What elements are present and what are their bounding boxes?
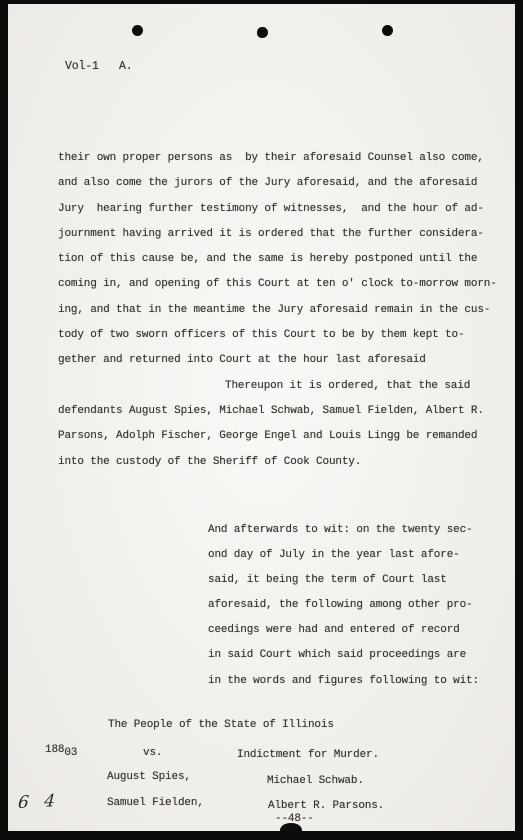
typed-line: And afterwards to wit: on the twenty sec…	[208, 518, 508, 543]
typed-line: their own proper persons as by their afo…	[58, 146, 508, 171]
typed-line: into the custody of the Sheriff of Cook …	[58, 450, 508, 475]
punch-hole-icon	[257, 27, 268, 38]
document-page: Vol-1 A. their own proper persons as by …	[8, 4, 515, 831]
caption-title: The People of the State of Illinois	[108, 719, 334, 731]
typed-line: in the words and figures following to wi…	[208, 669, 508, 694]
defendant-name: Michael Schwab.	[267, 775, 364, 787]
scan-background: { "colors": { "paper": "#f4f2ee", "ink":…	[0, 0, 523, 840]
typed-line: coming in, and opening of this Court at …	[58, 272, 508, 297]
volume-label: Vol-1 A.	[65, 60, 133, 73]
typed-line: Jury hearing further testimony of witnes…	[58, 197, 508, 222]
typed-line: ond day of July in the year last afore-	[208, 543, 508, 568]
case-number-suffix: 03	[64, 747, 77, 759]
typed-line: Parsons, Adolph Fischer, George Engel an…	[58, 424, 508, 449]
typed-line: ing, and that in the meantime the Jury a…	[58, 298, 508, 323]
case-number: 18803	[45, 744, 77, 756]
court-order-paragraph: their own proper persons as by their afo…	[58, 146, 508, 475]
typed-line: defendants August Spies, Michael Schwab,…	[58, 399, 508, 424]
defendant-name: Albert R. Parsons.	[268, 800, 384, 812]
punch-hole-icon	[382, 25, 393, 36]
typed-line: gether and returned into Court at the ho…	[58, 348, 508, 373]
punch-hole-icon	[132, 25, 143, 36]
typed-line: tody of two sworn officers of this Court…	[58, 323, 508, 348]
typed-line: ceedings were had and entered of record	[208, 618, 508, 643]
typed-line: tion of this cause be, and the same is h…	[58, 247, 508, 272]
typed-line-indented: Thereupon it is ordered, that the said	[58, 374, 508, 399]
typed-line: said, it being the term of Court last	[208, 568, 508, 593]
defendant-name: August Spies,	[107, 771, 191, 783]
typed-line: aforesaid, the following among other pro…	[208, 593, 508, 618]
punch-hole-partial-icon	[280, 823, 302, 831]
afterwards-paragraph: And afterwards to wit: on the twenty sec…	[208, 518, 508, 694]
caption-charge: Indictment for Murder.	[237, 749, 379, 761]
case-number-prefix: 188	[45, 744, 64, 756]
typed-line: and also come the jurors of the Jury afo…	[58, 171, 508, 196]
caption-vs-label: vs.	[143, 747, 162, 759]
typed-line: journment having arrived it is ordered t…	[58, 222, 508, 247]
defendant-name: Samuel Fielden,	[107, 797, 204, 809]
typed-line: in said Court which said proceedings are	[208, 643, 508, 668]
handwritten-mark: 6 4	[17, 791, 61, 813]
